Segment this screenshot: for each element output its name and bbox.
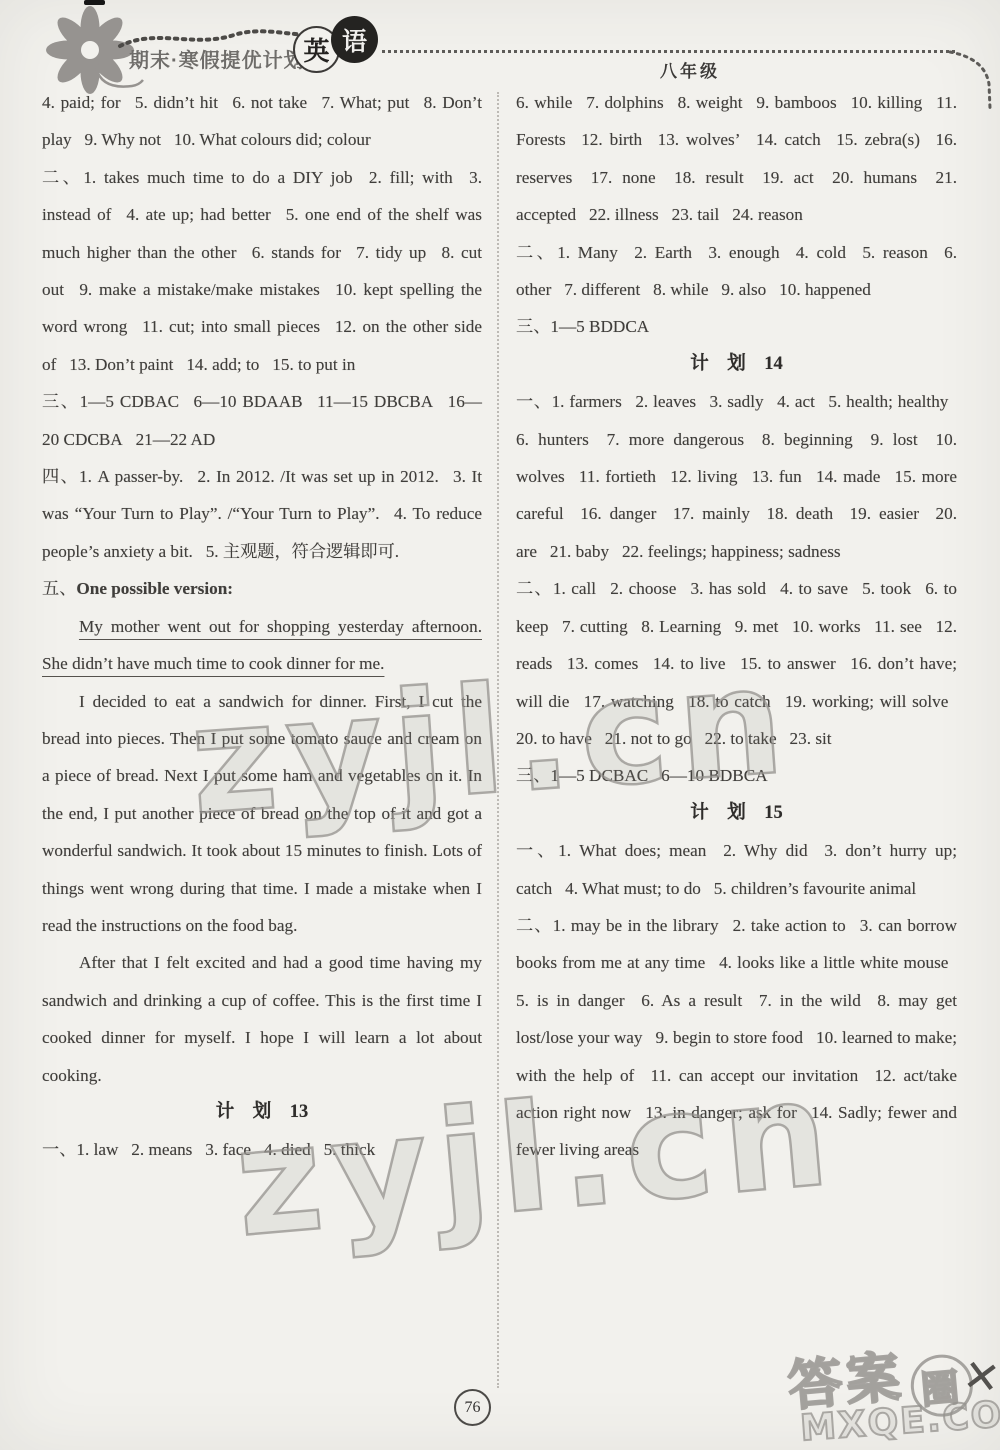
column-divider [497, 92, 499, 1388]
essay-opening-paragraph: My mother went out for shopping yesterda… [42, 608, 482, 683]
plan-14-heading: 计 划 14 [516, 346, 957, 383]
one-possible-version-label: One possible version: [76, 579, 233, 598]
subject-badge-english-2: 语 [331, 16, 378, 63]
answer-paragraph: 二、1. call 2. choose 3. has sold 4. to sa… [516, 570, 957, 757]
plan-13-heading: 计 划 13 [42, 1094, 482, 1131]
answer-paragraph: 6. while 7. dolphins 8. weight 9. bamboo… [516, 84, 957, 234]
essay-closing-paragraph: After that I felt excited and had a good… [42, 944, 482, 1094]
answer-paragraph: 二、1. takes much time to do a DIY job 2. … [42, 159, 482, 383]
essay-version-label: 五、One possible version: [42, 570, 482, 607]
answer-paragraph: 三、1—5 CDBAC 6—10 BDAAB 11—15 DBCBA 16—20… [42, 383, 482, 458]
answer-paragraph: 一、1. farmers 2. leaves 3. sadly 4. act 5… [516, 383, 957, 570]
series-title: 期末·寒假提优计划 [129, 44, 305, 73]
page-number-badge: 76 [454, 1389, 491, 1426]
grade-label: 八年级 [600, 57, 780, 82]
answer-paragraph: 四、1. A passer-by. 2. In 2012. /It was se… [42, 458, 482, 570]
answer-paragraph: 一、1. What does; mean 2. Why did 3. don’t… [516, 832, 957, 907]
answer-paragraph: 二、1. may be in the library 2. take actio… [516, 907, 957, 1169]
answer-paragraph: 一、1. law 2. means 3. face 4. died 5. thi… [42, 1131, 482, 1168]
essay-body-paragraph: I decided to eat a sandwich for dinner. … [42, 683, 482, 945]
scanned-answer-page: 期末·寒假提优计划 英 语 八年级 4. paid; for 5. didn’t… [0, 0, 1000, 1450]
watermark-daanquan: 答案圈 [785, 1328, 976, 1429]
scan-edge-x-mark: ✕ [960, 1350, 1000, 1406]
plan-15-heading: 计 划 15 [516, 795, 957, 832]
answer-paragraph: 二、1. Many 2. Earth 3. enough 4. cold 5. … [516, 234, 957, 309]
watermark-brand-text: 答案 [786, 1345, 907, 1418]
right-column: 6. while 7. dolphins 8. weight 9. bamboo… [516, 84, 957, 1169]
section-marker: 五、 [42, 579, 76, 598]
left-column: 4. paid; for 5. didn’t hit 6. not take 7… [42, 84, 482, 1169]
answer-paragraph: 三、1—5 BDDCA [516, 308, 957, 345]
answer-paragraph: 4. paid; for 5. didn’t hit 6. not take 7… [42, 84, 482, 159]
header-dotted-line [382, 50, 955, 53]
answer-paragraph: 三、1—5 DCBAC 6—10 BDBCA [516, 757, 957, 794]
